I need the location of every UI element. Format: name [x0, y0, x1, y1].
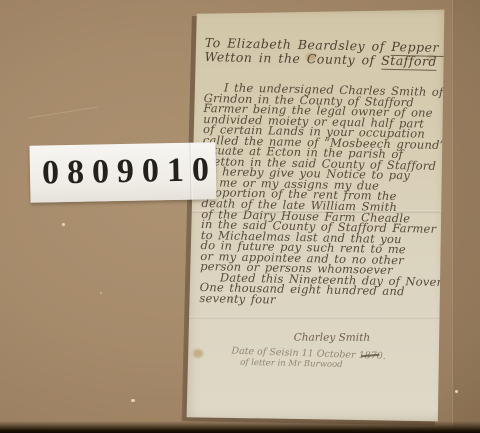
heading-underlined-text: Stafford	[381, 53, 437, 71]
foxing-stain	[193, 349, 203, 358]
fold-crease	[185, 316, 447, 319]
catalog-number: 0809010	[29, 142, 216, 203]
signature: Charley Smith	[294, 332, 370, 344]
dust-speck	[455, 390, 458, 393]
background-scratch	[28, 107, 97, 119]
dust-speck	[62, 223, 65, 226]
heading-line-2: Wetton in the County of Stafford	[204, 50, 438, 69]
document-body: I the undersigned Charles Smith ofGrindo…	[199, 82, 438, 308]
pencil-annotation-letter: of letter in Mr Burwood	[240, 358, 343, 370]
handwritten-text: To Elizabeth Beardsley of Pepper Inn nea…	[199, 36, 439, 308]
document-paper: To Elizabeth Beardsley of Pepper Inn nea…	[185, 8, 447, 423]
mat-edge-line	[452, 0, 480, 433]
photograph: To Elizabeth Beardsley of Pepper Inn nea…	[0, 0, 480, 433]
dust-speck	[100, 292, 102, 294]
dust-speck	[131, 399, 135, 402]
document-heading: To Elizabeth Beardsley of Pepper Inn nea…	[204, 36, 439, 69]
catalog-number-label: 0809010	[29, 142, 216, 203]
heading-text: Wetton in the County of	[204, 49, 381, 68]
bottom-shadow	[0, 421, 480, 433]
